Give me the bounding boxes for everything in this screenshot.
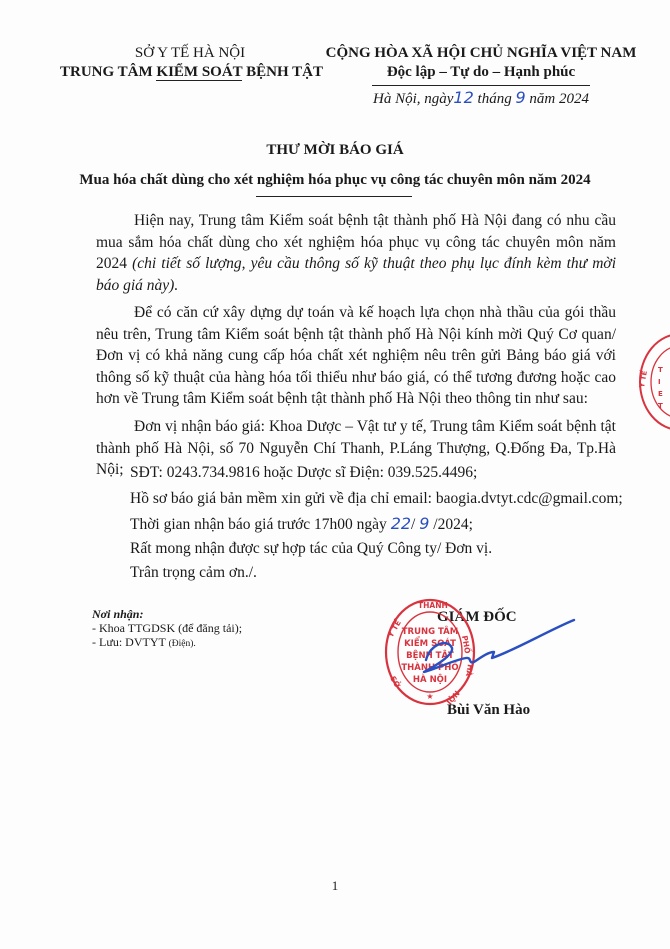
national-motto: Độc lập – Tự do – Hạnh phúc (387, 63, 575, 82)
svg-text:I: I (658, 378, 661, 386)
center-name: TRUNG TÂM KIỂM SOÁT BỆNH TẬT (60, 63, 320, 82)
recipients-heading: Nơi nhận: (92, 607, 242, 621)
email-line[interactable]: Hồ sơ báo giá bản mềm xin gửi về địa chỉ… (130, 488, 623, 510)
date-day-handwritten: 12 (453, 88, 473, 107)
svg-text:★: ★ (426, 692, 433, 701)
date-suffix: năm 2024 (526, 91, 589, 107)
deadline-line: Thời gian nhận báo giá trước 17h00 ngày … (130, 513, 473, 536)
cooperation-line: Rất mong nhận được sự hợp tác của Quý Cô… (130, 538, 492, 560)
recipient-item: - Lưu: DVTYT (Điện). (92, 635, 242, 651)
deadline-day-handwritten: 22 (391, 514, 411, 533)
deadline-separator: / (411, 516, 419, 533)
svg-text:E: E (658, 390, 663, 398)
motto-underline (372, 85, 590, 86)
center-name-part3: BỆNH TẬT (242, 64, 323, 80)
center-name-underlined: KIỂM SOÁT (156, 64, 242, 81)
edge-stamp-icon: Y TẾ T I E T (636, 332, 670, 432)
center-name-part1: TRUNG TÂM (60, 64, 156, 80)
intro-italic-note: (chi tiết số lượng, yêu cầu thông số kỹ … (96, 255, 616, 294)
recipient-item-main: - Lưu: DVTYT (92, 635, 169, 649)
page-number: 1 (0, 878, 670, 894)
phone-line: SĐT: 0243.734.9816 hoặc Dược sĩ Điện: 03… (130, 462, 477, 484)
svg-text:THÀNH: THÀNH (418, 601, 448, 610)
issuing-agency-header: SỞ Y TẾ HÀ NỘI TRUNG TÂM KIỂM SOÁT BỆNH … (60, 44, 320, 82)
svg-text:T: T (658, 402, 663, 410)
signature-icon (408, 614, 578, 684)
subtitle-underline (256, 196, 412, 197)
svg-text:T: T (658, 366, 663, 374)
department-name: SỞ Y TẾ HÀ NỘI (60, 44, 320, 63)
paragraph-intro: Hiện nay, Trung tâm Kiểm soát bệnh tật t… (96, 210, 616, 296)
document-subtitle: Mua hóa chất dùng cho xét nghiệm hóa phụ… (0, 170, 670, 190)
svg-text:Y TẾ: Y TẾ (636, 370, 649, 390)
closing-line: Trân trọng cảm ơn./. (130, 562, 257, 584)
recipient-item-note: (Điện). (169, 639, 196, 649)
recipient-item: - Khoa TTGDSK (để đăng tải); (92, 621, 242, 635)
national-header: CỘNG HÒA XÃ HỘI CHỦ NGHĨA VIỆT NAM Độc l… (316, 44, 646, 109)
date-prefix: Hà Nội, ngày (373, 91, 453, 107)
signatory-name: Bùi Văn Hào (447, 702, 530, 719)
document-date: Hà Nội, ngày12 tháng 9 năm 2024 (316, 88, 646, 109)
recipients-block: Nơi nhận: - Khoa TTGDSK (để đăng tải); -… (92, 607, 242, 651)
date-month-handwritten: 9 (515, 88, 525, 107)
national-title: CỘNG HÒA XÃ HỘI CHỦ NGHĨA VIỆT NAM (316, 44, 646, 63)
date-mid: tháng (474, 91, 516, 107)
document-title: THƯ MỜI BÁO GIÁ (0, 140, 670, 160)
paragraph-invitation: Để có căn cứ xây dựng dự toán và kế hoạc… (96, 302, 616, 410)
deadline-month-handwritten: 9 (419, 514, 429, 533)
deadline-prefix: Thời gian nhận báo giá trước 17h00 ngày (130, 516, 391, 533)
deadline-suffix: /2024; (429, 516, 473, 533)
